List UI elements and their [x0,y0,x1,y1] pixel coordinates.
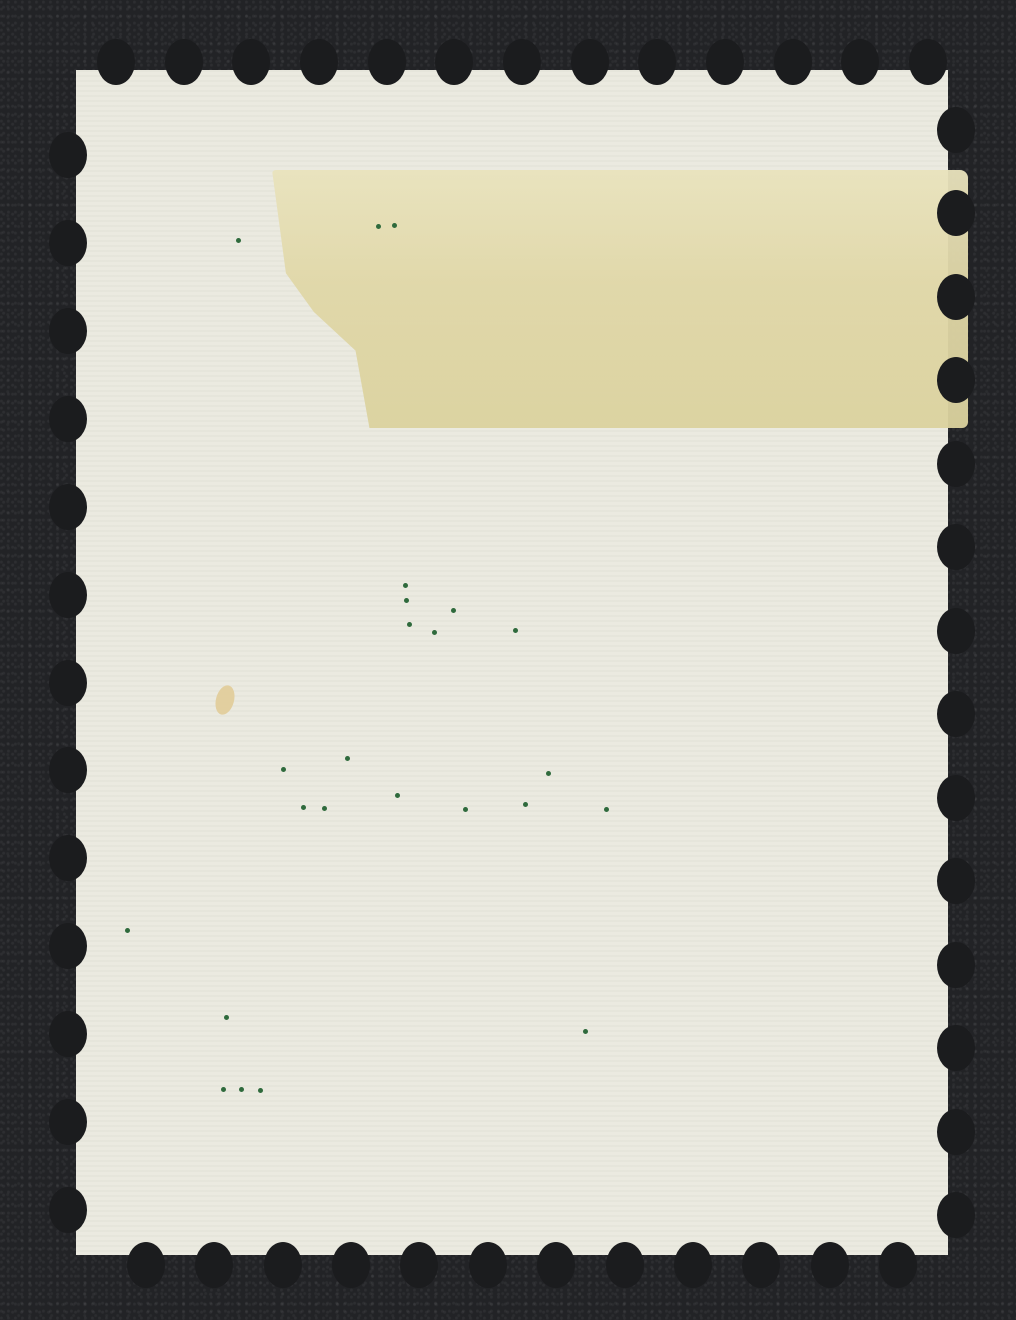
ink-speck [376,224,381,229]
perforation-hole [503,39,541,85]
perforation-hole [49,220,87,266]
perforation-hole [879,1242,917,1288]
stamp-back [76,70,948,1255]
perforation-hole [937,524,975,570]
ink-speck [258,1088,263,1093]
perforation-hole [332,1242,370,1288]
perforation-hole [49,484,87,530]
ink-speck [239,1087,244,1092]
perforation-hole [127,1242,165,1288]
photo-scene: Back of a perforated postage stamp [0,0,1016,1320]
perforation-hole [49,572,87,618]
perforation-hole [937,942,975,988]
ink-speck [407,622,412,627]
ink-speck [301,805,306,810]
perforation-hole [49,396,87,442]
ink-speck [125,928,130,933]
ink-speck [395,793,400,798]
perforation-hole [937,691,975,737]
ink-speck [604,807,609,812]
perforation-hole [49,835,87,881]
ink-speck [221,1087,226,1092]
perforation-hole [49,1187,87,1233]
perforation-hole [49,1099,87,1145]
perforation-hole [400,1242,438,1288]
ink-speck [345,756,350,761]
hinge-remnant [272,170,968,428]
perforation-hole [606,1242,644,1288]
perforation-hole [937,190,975,236]
perforation-hole [937,775,975,821]
tan-stain [212,683,237,717]
perforation-hole [909,39,947,85]
perforation-hole [49,132,87,178]
ink-speck [546,771,551,776]
perforation-hole [937,608,975,654]
perforation-hole [49,923,87,969]
ink-speck [281,767,286,772]
ink-speck [404,598,409,603]
ink-speck [403,583,408,588]
ink-speck [432,630,437,635]
ink-speck [583,1029,588,1034]
perforation-hole [937,858,975,904]
ink-speck [392,223,397,228]
ink-speck [236,238,241,243]
perforation-hole [937,1192,975,1238]
perforation-hole [937,357,975,403]
perforation-hole [49,660,87,706]
perforation-hole [264,1242,302,1288]
perforation-hole [811,1242,849,1288]
perforation-hole [937,1025,975,1071]
ink-speck [224,1015,229,1020]
perforation-hole [937,274,975,320]
perforation-hole [165,39,203,85]
ink-speck [513,628,518,633]
perforation-hole [937,1109,975,1155]
perforation-hole [300,39,338,85]
perforation-hole [674,1242,712,1288]
perforation-hole [97,39,135,85]
perforation-hole [937,107,975,153]
ink-speck [322,806,327,811]
perforation-hole [195,1242,233,1288]
perforation-hole [774,39,812,85]
perforation-hole [537,1242,575,1288]
ink-speck [463,807,468,812]
perforation-hole [571,39,609,85]
perforation-hole [706,39,744,85]
perforation-hole [368,39,406,85]
ink-speck [523,802,528,807]
perforation-hole [49,308,87,354]
perforation-hole [49,1011,87,1057]
perforation-hole [742,1242,780,1288]
perforation-hole [937,441,975,487]
perforation-hole [469,1242,507,1288]
ink-speck [451,608,456,613]
